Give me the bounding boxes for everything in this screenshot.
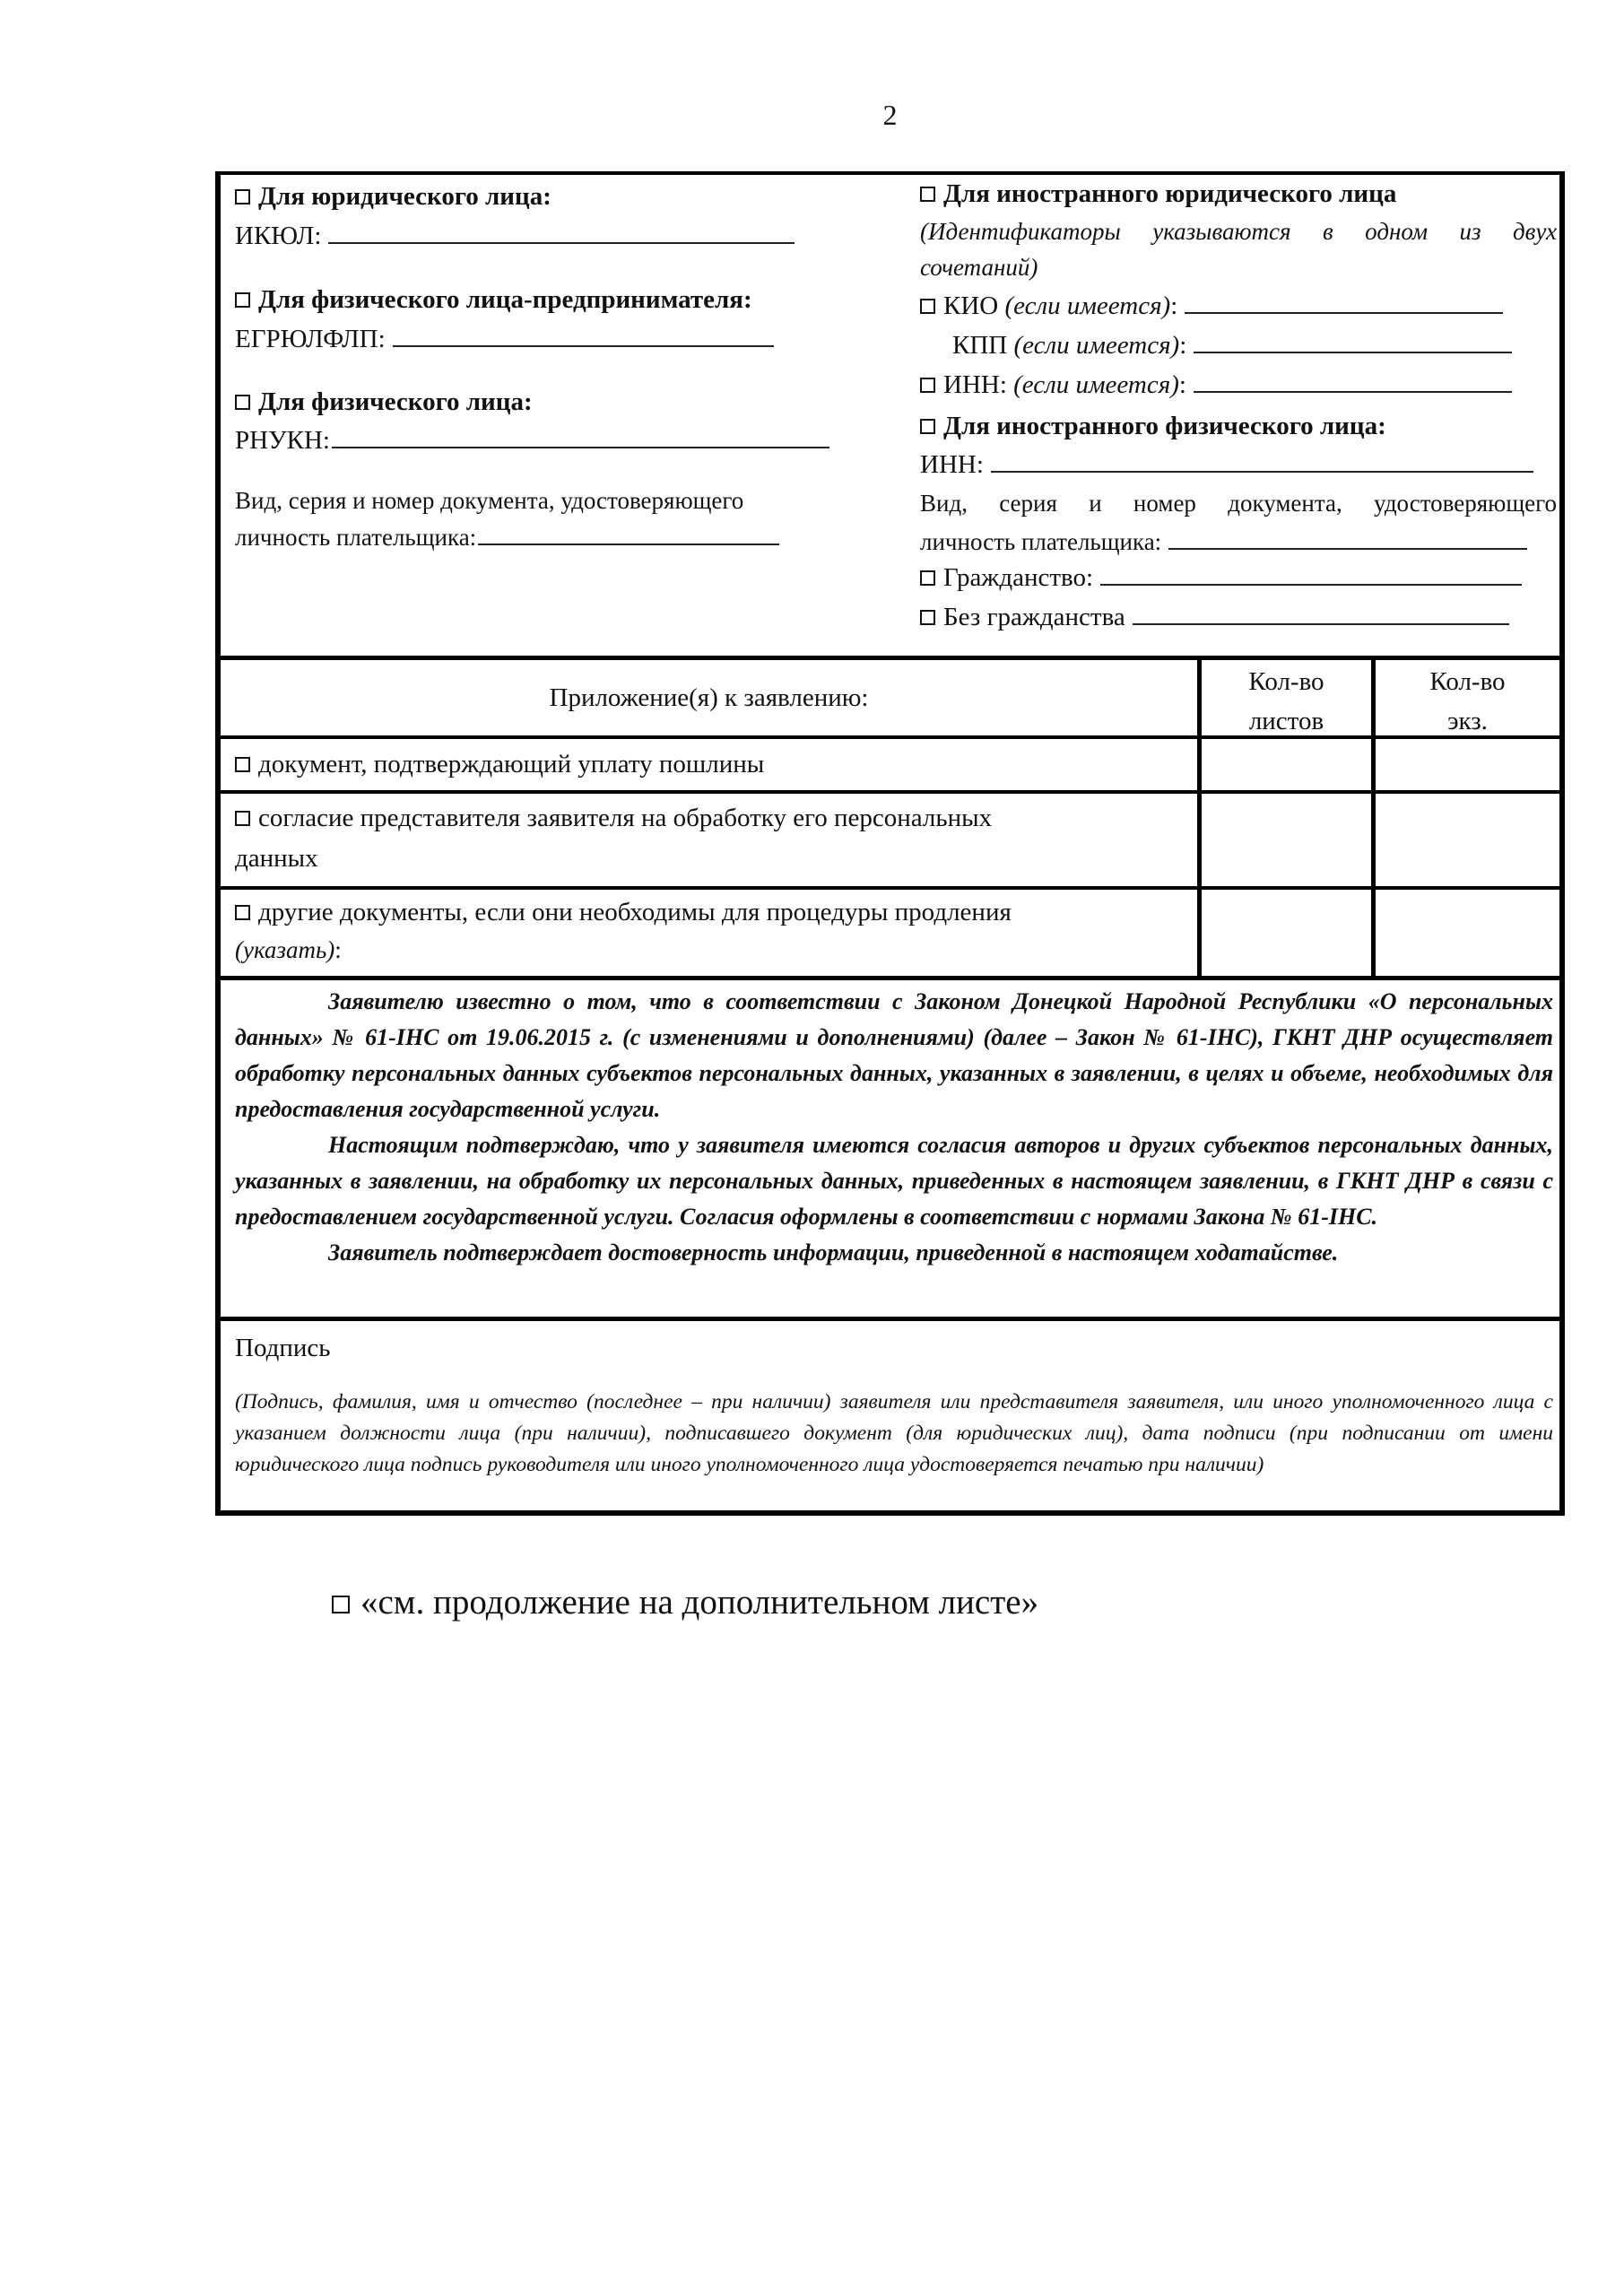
checkbox-entrepreneur[interactable] — [235, 292, 250, 308]
checkbox-foreign-individual[interactable] — [920, 419, 935, 434]
signature-label: Подпись — [235, 1333, 331, 1363]
kio-colon: : — [1170, 291, 1177, 320]
checkbox-citizenship[interactable] — [920, 570, 935, 586]
section-divider — [215, 1317, 1565, 1321]
attachment-fee-label: документ, подтверждающий уплату пошлины — [258, 750, 764, 778]
col-copies-line2: экз. — [1376, 701, 1559, 741]
attachment-1-copies-cell[interactable] — [1376, 739, 1559, 790]
checkbox-foreign-legal-entity[interactable] — [920, 187, 935, 202]
kpp-label: КПП — [952, 331, 1007, 360]
attachment-row-1: документ, подтверждающий уплату пошлины — [235, 749, 764, 779]
checkbox-attachment-other[interactable] — [235, 905, 250, 920]
foreign-individual-inn-input[interactable] — [991, 449, 1533, 473]
declaration-paragraph-2: Настоящим подтверждаю, что у заявителя и… — [235, 1127, 1553, 1235]
col-sheets-line2: листов — [1202, 701, 1371, 741]
entrepreneur-option[interactable]: Для физического лица-предпринимателя: — [235, 284, 752, 315]
continuation-option[interactable]: «см. продолжение на дополнительном листе… — [332, 1582, 1038, 1623]
kio-label: КИО — [943, 291, 998, 320]
stateless-label: Без гражданства — [943, 603, 1125, 631]
kio-if-available: (если имеется) — [1004, 291, 1170, 320]
foreign-document-label-line1: Вид, серия и номер документа, удостоверя… — [920, 489, 1557, 517]
attachment-other-label: другие документы, если они необходимы дл… — [258, 898, 1012, 926]
attachment-consent-label-line2: данных — [235, 843, 318, 874]
foreign-individual-inn-row: ИНН: — [920, 449, 1533, 480]
checkbox-legal-entity[interactable] — [235, 189, 250, 204]
section-divider — [215, 656, 1565, 660]
checkbox-attachment-fee[interactable] — [235, 757, 250, 772]
attachment-row-3: другие документы, если они необходимы дл… — [235, 897, 1012, 927]
attachment-other-specify-label: (указать) — [235, 936, 334, 963]
kpp-field-row: КПП (если имеется): — [952, 330, 1512, 361]
col-sheets-header: Кол-во листов — [1202, 662, 1371, 741]
egryulflp-field-row: ЕГРЮЛФЛП: — [235, 324, 774, 354]
foreign-legal-entity-option[interactable]: Для иностранного юридического лица — [920, 178, 1396, 209]
attachment-2-copies-cell[interactable] — [1376, 794, 1559, 886]
checkbox-individual[interactable] — [235, 395, 250, 410]
page-number: 2 — [0, 99, 1624, 132]
checkbox-foreign-inn[interactable] — [920, 378, 935, 393]
kpp-if-available: (если имеется) — [1013, 331, 1179, 360]
section-divider — [215, 976, 1565, 980]
col-copies-line1: Кол-во — [1376, 662, 1559, 701]
continuation-label: «см. продолжение на дополнительном листе… — [360, 1583, 1038, 1622]
inn-colon: : — [1179, 370, 1186, 399]
ikyul-label: ИКЮЛ: — [235, 222, 321, 250]
citizenship-input[interactable] — [1100, 562, 1522, 586]
attachment-3-copies-cell[interactable] — [1376, 890, 1559, 976]
col-copies-header: Кол-во экз. — [1376, 662, 1559, 741]
attachment-other-specify[interactable]: (указать): — [235, 935, 342, 964]
foreign-legal-inn-label: ИНН: — [943, 370, 1007, 399]
checkbox-stateless[interactable] — [920, 610, 935, 625]
attachment-2-sheets-cell[interactable] — [1202, 794, 1371, 886]
checkbox-attachment-consent[interactable] — [235, 811, 250, 826]
individual-heading: Для физического лица: — [258, 387, 533, 416]
individual-option[interactable]: Для физического лица: — [235, 387, 533, 417]
rnukn-field-row: РНУКН: — [235, 425, 829, 456]
payer-document-label-line1: Вид, серия и номер документа, удостоверя… — [235, 486, 743, 515]
kio-input[interactable] — [1185, 291, 1503, 314]
legal-entity-heading: Для юридического лица: — [258, 182, 551, 211]
egryulflp-input[interactable] — [393, 324, 774, 347]
foreign-legal-entity-heading: Для иностранного юридического лица — [943, 179, 1396, 208]
attachments-header: Приложение(я) к заявлению: — [221, 678, 1197, 717]
attachment-consent-label: согласие представителя заявителя на обра… — [258, 804, 992, 832]
identifiers-hint-line2: сочетаний) — [920, 253, 1038, 282]
citizenship-row: Гражданство: — [920, 562, 1522, 593]
kpp-input[interactable] — [1194, 330, 1512, 353]
kpp-colon: : — [1179, 331, 1186, 360]
foreign-legal-inn-input[interactable] — [1194, 370, 1512, 393]
foreign-individual-option[interactable]: Для иностранного физического лица: — [920, 411, 1386, 441]
checkbox-kio[interactable] — [920, 299, 935, 314]
declaration-paragraph-1: Заявителю известно о том, что в соответс… — [235, 984, 1553, 1127]
rnukn-input[interactable] — [332, 425, 829, 448]
foreign-document-row: личность плательщика: — [920, 526, 1527, 556]
attachment-3-sheets-cell[interactable] — [1202, 890, 1371, 976]
payer-document-row: личность плательщика: — [235, 522, 779, 552]
declaration-paragraph-3: Заявитель подтверждает достоверность инф… — [235, 1235, 1553, 1271]
identifiers-hint-line1: (Идентификаторы указываются в одном из д… — [920, 217, 1557, 246]
citizenship-label: Гражданство: — [943, 563, 1093, 592]
foreign-document-input[interactable] — [1168, 526, 1527, 550]
payer-document-label-line2: личность плательщика: — [235, 524, 476, 551]
inn-if-available: (если имеется) — [1013, 370, 1179, 399]
attachment-other-specify-colon: : — [334, 936, 342, 963]
foreign-individual-inn-label: ИНН: — [920, 450, 984, 479]
legal-entity-option[interactable]: Для юридического лица: — [235, 181, 551, 212]
entrepreneur-heading: Для физического лица-предпринимателя: — [258, 285, 752, 314]
stateless-row: Без гражданства — [920, 602, 1509, 632]
foreign-individual-heading: Для иностранного физического лица: — [943, 412, 1386, 440]
foreign-document-label-line2: личность плательщика: — [920, 528, 1161, 555]
checkbox-continuation[interactable] — [332, 1596, 350, 1613]
rnukn-label: РНУКН: — [235, 426, 330, 455]
payer-document-input[interactable] — [478, 522, 779, 545]
col-sheets-line1: Кол-во — [1202, 662, 1371, 701]
signature-note: (Подпись, фамилия, имя и отчество (после… — [235, 1387, 1553, 1481]
ikyul-input[interactable] — [328, 221, 795, 244]
foreign-inn-field-row: ИНН: (если имеется): — [920, 370, 1512, 400]
attachment-1-sheets-cell[interactable] — [1202, 739, 1371, 790]
kio-field-row: КИО (если имеется): — [920, 291, 1503, 321]
ikyul-field-row: ИКЮЛ: — [235, 221, 795, 251]
stateless-input[interactable] — [1133, 602, 1509, 625]
declaration-block: Заявителю известно о том, что в соответс… — [235, 984, 1553, 1271]
attachment-row-2: согласие представителя заявителя на обра… — [235, 803, 992, 833]
egryulflp-label: ЕГРЮЛФЛП: — [235, 325, 386, 353]
